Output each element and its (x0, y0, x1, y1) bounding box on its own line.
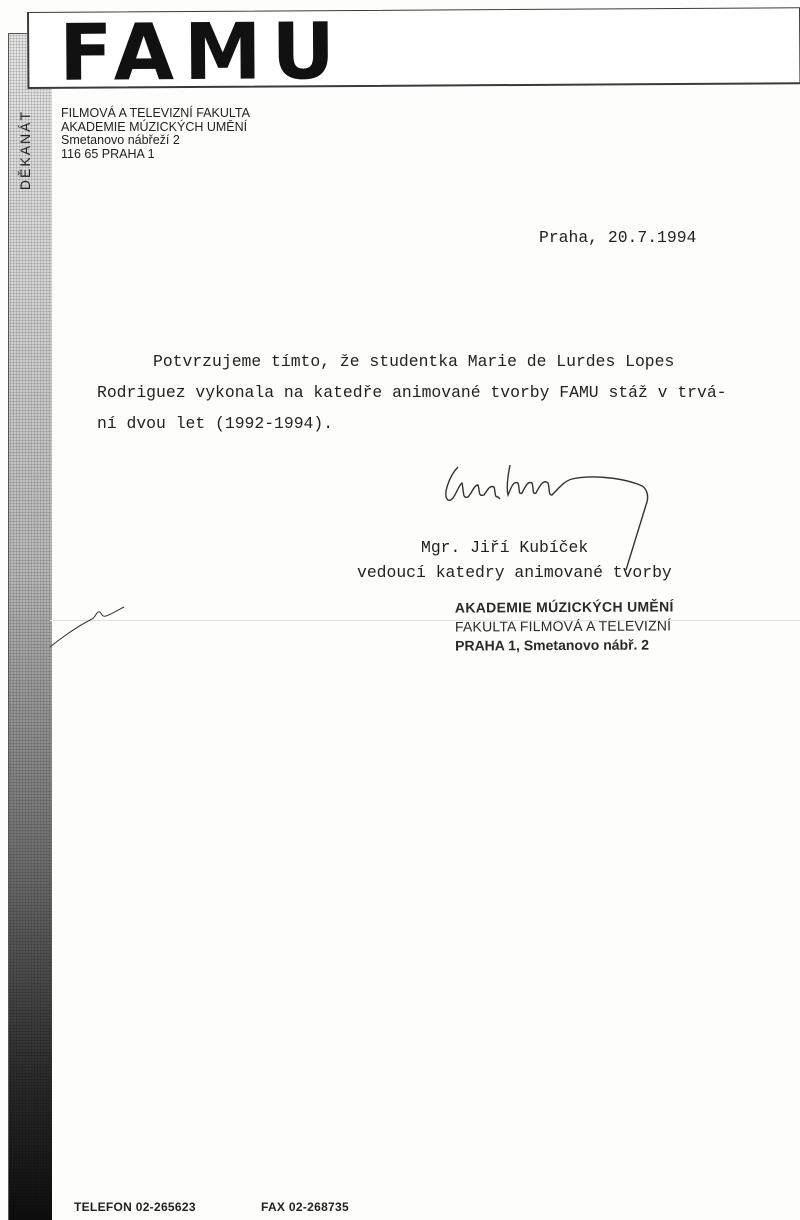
body-line: ní dvou let (1992-1994). (97, 414, 333, 433)
institution-address: FILMOVÁ A TELEVIZNÍ FAKULTA AKADEMIE MÚZ… (61, 107, 250, 161)
letter-date: Praha, 20.7.1994 (539, 228, 696, 247)
institution-stamp: AKADEMIE MÚZICKÝCH UMĚNÍ FAKULTA FILMOVÁ… (455, 597, 674, 655)
department-label: DĚKANÁT (12, 100, 38, 200)
address-line: AKADEMIE MÚZICKÝCH UMĚNÍ (61, 121, 250, 135)
footer-phone: TELEFON 02-265623 (74, 1200, 196, 1214)
address-line: Smetanovo nábřeží 2 (61, 134, 250, 148)
body-line: Potvrzujeme tímto, že studentka Marie de… (153, 352, 674, 371)
signatory-name: Mgr. Jiří Kubíček (421, 538, 588, 557)
pen-stroke-mark (50, 605, 125, 650)
address-line: 116 65 PRAHA 1 (61, 148, 250, 162)
address-line: FILMOVÁ A TELEVIZNÍ FAKULTA (61, 107, 250, 121)
stamp-line: AKADEMIE MÚZICKÝCH UMĚNÍ (455, 597, 674, 617)
department-label-text: DĚKANÁT (17, 110, 33, 190)
handwritten-signature (440, 455, 660, 575)
stamp-line: PRAHA 1, Smetanovo nábř. 2 (455, 635, 674, 655)
famu-logo: FAMU (59, 7, 345, 99)
side-band-decoration (8, 33, 52, 1220)
stamp-line: FAKULTA FILMOVÁ A TELEVIZNÍ (455, 616, 674, 636)
letterhead-banner: FAMU (27, 7, 800, 89)
body-line: Rodriguez vykonala na katedře animované … (97, 383, 727, 402)
footer-fax: FAX 02-268735 (261, 1200, 349, 1214)
signatory-role: vedoucí katedry animované tvorby (357, 563, 672, 582)
scan-fold-line (50, 620, 800, 621)
